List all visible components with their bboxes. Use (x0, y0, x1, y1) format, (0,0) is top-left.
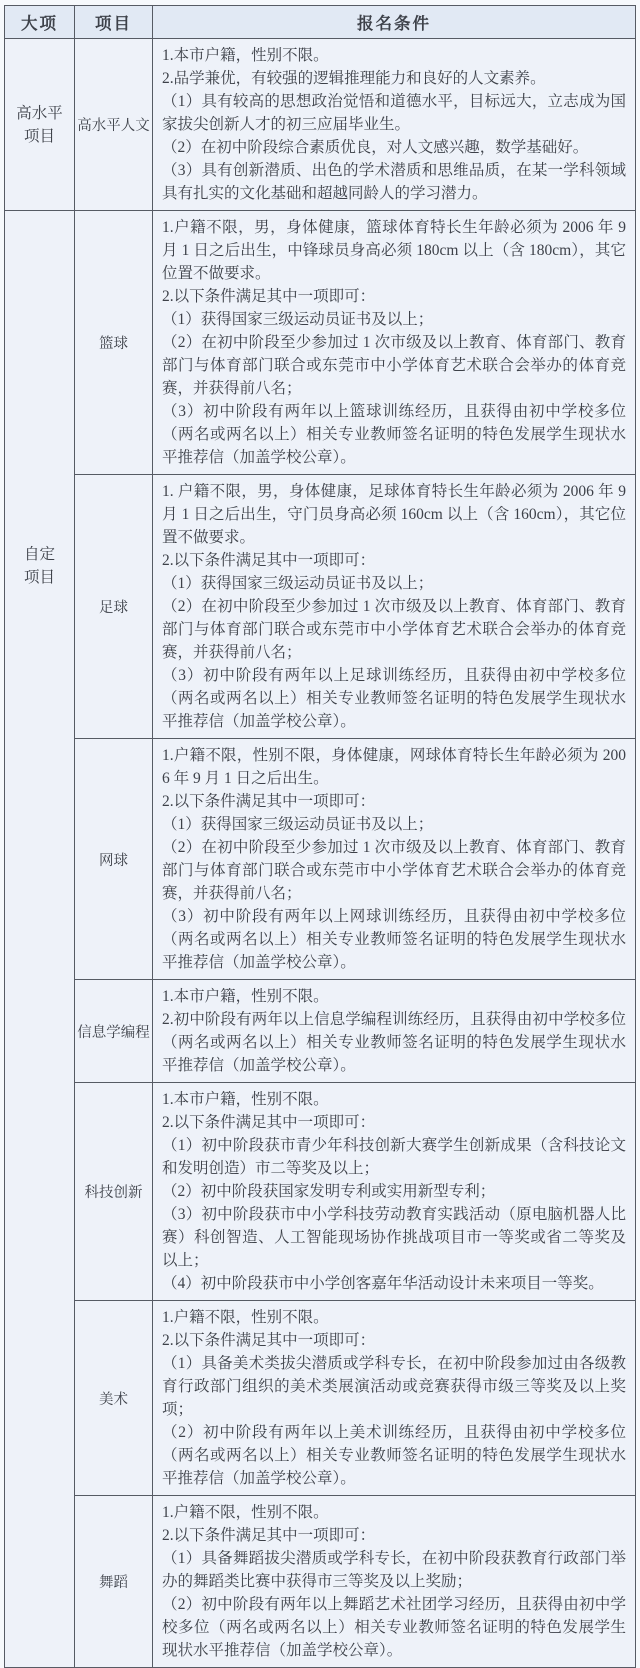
table-row: 科技创新1.本市户籍，性别不限。2.以下条件满足其中一项即可：（1）初中阶段获市… (5, 1083, 636, 1301)
condition-line: 2.以下条件满足其中一项即可： (162, 790, 626, 813)
major-category-cell: 自定项目 (5, 211, 75, 1668)
table-row: 自定项目篮球1.户籍不限，男，身体健康，篮球体育特长生年龄必须为 2006 年 … (5, 211, 636, 475)
condition-line: 2.以下条件满足其中一项即可： (162, 1329, 626, 1352)
project-cell: 舞蹈 (75, 1496, 153, 1668)
condition-line: 2.初中阶段有两年以上信息学编程训练经历，且获得由初中学校多位（两名或两名以上）… (162, 1008, 626, 1077)
table-row: 高水平项目高水平人文1.本市户籍，性别不限。2.品学兼优，有较强的逻辑推理能力和… (5, 39, 636, 211)
condition-line: 2.以下条件满足其中一项即可： (162, 1524, 626, 1547)
condition-line: （1）具备舞蹈拔尖潜质或学科专长，在初中阶段获教育行政部门举办的舞蹈类比赛中获得… (162, 1547, 626, 1593)
registration-conditions-document: 大项 项目 报名条件 高水平项目高水平人文1.本市户籍，性别不限。2.品学兼优，… (4, 5, 636, 1668)
conditions-cell: 1.户籍不限，性别不限。2.以下条件满足其中一项即可：（1）具备舞蹈拔尖潜质或学… (153, 1496, 636, 1668)
condition-line: （2）在初中阶段至少参加过 1 次市级及以上教育、体育部门、教育部门与体育部门联… (162, 331, 626, 400)
condition-line: 2.以下条件满足其中一项即可： (162, 549, 626, 572)
condition-line: 2.品学兼优，有较强的逻辑推理能力和良好的人文素养。 (162, 67, 626, 90)
project-cell: 高水平人文 (75, 39, 153, 211)
table-header: 大项 项目 报名条件 (5, 6, 636, 39)
conditions-cell: 1. 户籍不限，男，身体健康，足球体育特长生年龄必须为 2006 年 9 月 1… (153, 475, 636, 739)
major-category-cell: 高水平项目 (5, 39, 75, 211)
major-category-label-line: 自定 (7, 543, 72, 566)
condition-line: 1.本市户籍，性别不限。 (162, 44, 626, 67)
condition-line: 1.户籍不限，性别不限。 (162, 1501, 626, 1524)
condition-line: （1）获得国家三级运动员证书及以上； (162, 813, 626, 836)
header-major-category: 大项 (5, 6, 75, 39)
condition-line: （1）具有较高的思想政治觉悟和道德水平，目标远大，立志成为国家拔尖创新人才的初三… (162, 90, 626, 136)
conditions-cell: 1.本市户籍，性别不限。2.品学兼优，有较强的逻辑推理能力和良好的人文素养。（1… (153, 39, 636, 211)
conditions-cell: 1.户籍不限，男，身体健康，篮球体育特长生年龄必须为 2006 年 9 月 1 … (153, 211, 636, 475)
condition-line: （3）具有创新潜质、出色的学术潜质和思维品质，在某一学科领域具有扎实的文化基础和… (162, 159, 626, 205)
table-row: 舞蹈1.户籍不限，性别不限。2.以下条件满足其中一项即可：（1）具备舞蹈拔尖潜质… (5, 1496, 636, 1668)
condition-line: （2）在初中阶段综合素质优良，对人文感兴趣，数学基础好。 (162, 136, 626, 159)
table-body: 高水平项目高水平人文1.本市户籍，性别不限。2.品学兼优，有较强的逻辑推理能力和… (5, 39, 636, 1668)
conditions-cell: 1.户籍不限，性别不限，身体健康，网球体育特长生年龄必须为 2006 年 9 月… (153, 739, 636, 980)
condition-line: 2.以下条件满足其中一项即可： (162, 285, 626, 308)
condition-line: （1）获得国家三级运动员证书及以上； (162, 572, 626, 595)
condition-line: 2.以下条件满足其中一项即可： (162, 1111, 626, 1134)
project-cell: 篮球 (75, 211, 153, 475)
project-cell: 科技创新 (75, 1083, 153, 1301)
project-cell: 美术 (75, 1301, 153, 1496)
condition-line: 1.本市户籍，性别不限。 (162, 985, 626, 1008)
condition-line: （2）在初中阶段至少参加过 1 次市级及以上教育、体育部门、教育部门与体育部门联… (162, 595, 626, 664)
table-row: 信息学编程1.本市户籍，性别不限。2.初中阶段有两年以上信息学编程训练经历，且获… (5, 980, 636, 1083)
condition-line: （1）获得国家三级运动员证书及以上； (162, 308, 626, 331)
major-category-label-line: 项目 (7, 566, 72, 589)
conditions-cell: 1.本市户籍，性别不限。2.初中阶段有两年以上信息学编程训练经历，且获得由初中学… (153, 980, 636, 1083)
condition-line: （1）初中阶段获市青少年科技创新大赛学生创新成果（含科技论文和发明创造）市二等奖… (162, 1134, 626, 1180)
condition-line: （1）具备美术类拔尖潜质或学科专长，在初中阶段参加过由各级教育行政部门组织的美术… (162, 1352, 626, 1421)
registration-conditions-table: 大项 项目 报名条件 高水平项目高水平人文1.本市户籍，性别不限。2.品学兼优，… (4, 5, 636, 1668)
header-row: 大项 项目 报名条件 (5, 6, 636, 39)
condition-line: （3）初中阶段有两年以上网球训练经历，且获得由初中学校多位（两名或两名以上）相关… (162, 905, 626, 974)
condition-line: 1.户籍不限，性别不限，身体健康，网球体育特长生年龄必须为 2006 年 9 月… (162, 744, 626, 790)
condition-line: （3）初中阶段有两年以上篮球训练经历，且获得由初中学校多位（两名或两名以上）相关… (162, 400, 626, 469)
condition-line: （2）初中阶段有两年以上美术训练经历，且获得由初中学校多位（两名或两名以上）相关… (162, 1421, 626, 1490)
table-row: 网球1.户籍不限，性别不限，身体健康，网球体育特长生年龄必须为 2006 年 9… (5, 739, 636, 980)
header-project: 项目 (75, 6, 153, 39)
conditions-cell: 1.户籍不限，性别不限。2.以下条件满足其中一项即可：（1）具备美术类拔尖潜质或… (153, 1301, 636, 1496)
conditions-cell: 1.本市户籍，性别不限。2.以下条件满足其中一项即可：（1）初中阶段获市青少年科… (153, 1083, 636, 1301)
condition-line: （3）初中阶段获市中小学科技劳动教育实践活动（原电脑机器人比赛）科创智造、人工智… (162, 1203, 626, 1272)
major-category-label-line: 高水平 (7, 102, 72, 125)
table-row: 美术1.户籍不限，性别不限。2.以下条件满足其中一项即可：（1）具备美术类拔尖潜… (5, 1301, 636, 1496)
condition-line: （4）初中阶段获市中小学创客嘉年华活动设计未来项目一等奖。 (162, 1272, 626, 1295)
condition-line: 1. 户籍不限，男，身体健康，足球体育特长生年龄必须为 2006 年 9 月 1… (162, 480, 626, 549)
condition-line: 1.本市户籍，性别不限。 (162, 1088, 626, 1111)
project-cell: 信息学编程 (75, 980, 153, 1083)
condition-line: 1.户籍不限，男，身体健康，篮球体育特长生年龄必须为 2006 年 9 月 1 … (162, 216, 626, 285)
table-row: 足球1. 户籍不限，男，身体健康，足球体育特长生年龄必须为 2006 年 9 月… (5, 475, 636, 739)
major-category-label-line: 项目 (7, 125, 72, 148)
condition-line: （2）初中阶段获国家发明专利或实用新型专利； (162, 1180, 626, 1203)
project-cell: 足球 (75, 475, 153, 739)
project-cell: 网球 (75, 739, 153, 980)
condition-line: （3）初中阶段有两年以上足球训练经历，且获得由初中学校多位（两名或两名以上）相关… (162, 664, 626, 733)
condition-line: （2）在初中阶段至少参加过 1 次市级及以上教育、体育部门、教育部门与体育部门联… (162, 836, 626, 905)
condition-line: （2）初中阶段有两年以上舞蹈艺术社团学习经历，且获得由初中学校多位（两名或两名以… (162, 1593, 626, 1662)
condition-line: 1.户籍不限，性别不限。 (162, 1306, 626, 1329)
header-conditions: 报名条件 (153, 6, 636, 39)
